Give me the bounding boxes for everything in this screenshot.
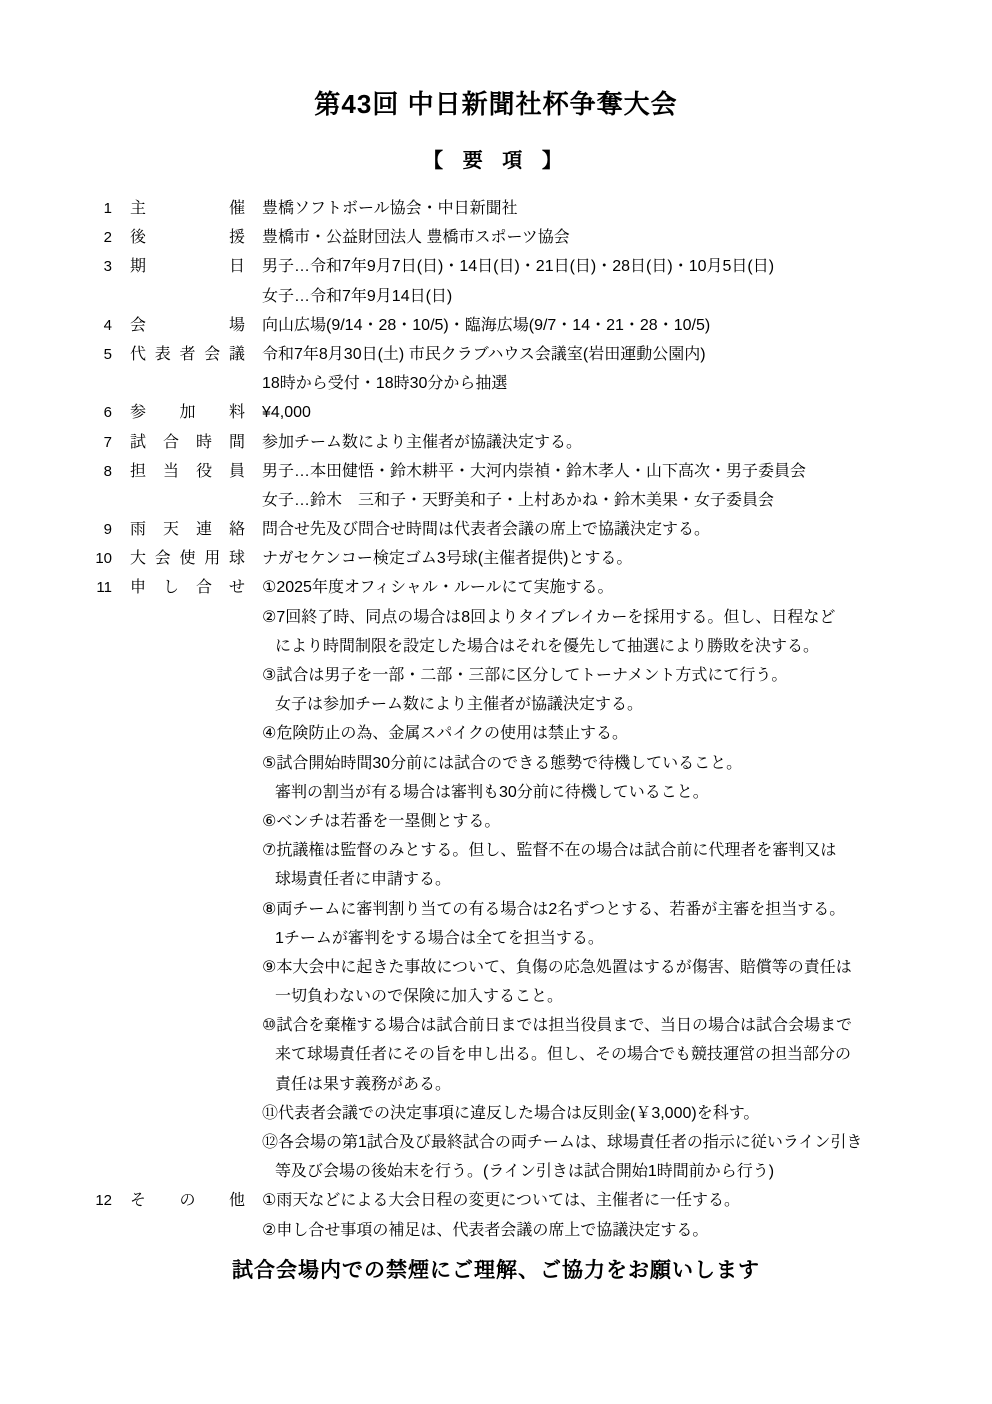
item-number: 8: [0, 457, 112, 486]
list-row: ④危険防止の為、金属スパイクの使用は禁止する。: [0, 719, 992, 748]
item-text: 男子…令和7年9月7日(日)・14日(日)・21日(日)・28日(日)・10月5…: [262, 252, 774, 281]
item-text: 向山広場(9/14・28・10/5)・臨海広場(9/7・14・21・28・10/…: [262, 311, 710, 340]
item-number: 7: [0, 428, 112, 457]
list-row: 球場責任者に申請する。: [0, 865, 992, 894]
item-label: 代表者会議: [130, 340, 245, 369]
list-row: 女子…鈴木 三和子・天野美和子・上村あかね・鈴木美果・女子委員会: [0, 486, 992, 515]
list-row: ⑩試合を棄権する場合は試合前日までは担当役員まで、当日の場合は試合会場まで: [0, 1011, 992, 1040]
list-row: ⑦抗議権は監督のみとする。但し、監督不在の場合は試合前に代理者を審判又は: [0, 836, 992, 865]
list-row: 女子は参加チーム数により主催者が協議決定する。: [0, 690, 992, 719]
footer-notice: 試合会場内での禁煙にご理解、ご協力をお願いします: [0, 1254, 992, 1284]
item-text: 令和7年8月30日(土) 市民クラブハウス会議室(岩田運動公園内): [262, 340, 706, 369]
item-text: 一切負わないので保険に加入すること。: [262, 982, 563, 1011]
list-row: ⑫各会場の第1試合及び最終試合の両チームは、球場責任者の指示に従いライン引き: [0, 1128, 992, 1157]
item-number: 12: [0, 1186, 112, 1215]
list-row: 一切負わないので保険に加入すること。: [0, 982, 992, 1011]
list-row: ⑨本大会中に起きた事故について、負傷の応急処置はするが傷害、賠償等の責任は: [0, 953, 992, 982]
item-number: 5: [0, 340, 112, 369]
item-text: ②7回終了時、同点の場合は8回よりタイブレイカーを採用する。但し、日程など: [262, 603, 835, 632]
list-row: ⑤試合開始時間30分前には試合のできる態勢で待機していること。: [0, 749, 992, 778]
list-row: 10大会使用球ナガセケンコー検定ゴム3号球(主催者提供)とする。: [0, 544, 992, 573]
item-label: 大会使用球: [130, 544, 245, 573]
item-text: 来て球場責任者にその旨を申し出る。但し、その場合でも競技運営の担当部分の: [262, 1040, 851, 1069]
item-number: 6: [0, 398, 112, 427]
item-text: 参加チーム数により主催者が協議決定する。: [262, 428, 582, 457]
item-label: 会場: [130, 311, 245, 340]
item-text: 女子…鈴木 三和子・天野美和子・上村あかね・鈴木美果・女子委員会: [262, 486, 774, 515]
item-text: ④危険防止の為、金属スパイクの使用は禁止する。: [262, 719, 628, 748]
item-label: 主催: [130, 194, 245, 223]
item-text: ③試合は男子を一部・二部・三部に区分してトーナメント方式にて行う。: [262, 661, 787, 690]
item-text: 1チームが審判をする場合は全てを担当する。: [262, 924, 604, 953]
list-row: 9雨天連絡問合せ先及び問合せ時間は代表者会議の席上で協議決定する。: [0, 515, 992, 544]
item-label: 参加料: [130, 398, 245, 427]
item-text: ⑧両チームに審判割り当ての有る場合は2名ずつとする、若番が主審を担当する。: [262, 895, 845, 924]
item-label: 担当役員: [130, 457, 245, 486]
list-row: 4会場向山広場(9/14・28・10/5)・臨海広場(9/7・14・21・28・…: [0, 311, 992, 340]
list-row: ③試合は男子を一部・二部・三部に区分してトーナメント方式にて行う。: [0, 661, 992, 690]
item-text: ¥4,000: [262, 398, 311, 427]
list-row: 11申し合せ①2025年度オフィシャル・ルールにて実施する。: [0, 573, 992, 602]
list-row: 12その他①雨天などによる大会日程の変更については、主催者に一任する。: [0, 1186, 992, 1215]
item-number: 11: [0, 573, 112, 602]
item-text: ⑫各会場の第1試合及び最終試合の両チームは、球場責任者の指示に従いライン引き: [262, 1128, 862, 1157]
item-text: 豊橋ソフトボール協会・中日新聞社: [262, 194, 518, 223]
item-text: ②申し合せ事項の補足は、代表者会議の席上で協議決定する。: [262, 1216, 708, 1245]
item-label: 申し合せ: [130, 573, 245, 602]
item-text: 球場責任者に申請する。: [262, 865, 451, 894]
page-subtitle: 【 要 項 】: [0, 144, 992, 173]
item-text: 女子…令和7年9月14日(日): [262, 282, 452, 311]
item-text: 問合せ先及び問合せ時間は代表者会議の席上で協議決定する。: [262, 515, 710, 544]
item-label: 試合時間: [130, 428, 245, 457]
list-row: 等及び会場の後始末を行う。(ライン引きは試合開始1時間前から行う): [0, 1157, 992, 1186]
item-text: 等及び会場の後始末を行う。(ライン引きは試合開始1時間前から行う): [262, 1157, 774, 1186]
list-row: 5代表者会議令和7年8月30日(土) 市民クラブハウス会議室(岩田運動公園内): [0, 340, 992, 369]
item-text: 豊橋市・公益財団法人 豊橋市スポーツ協会: [262, 223, 570, 252]
item-text: 審判の割当が有る場合は審判も30分前に待機していること。: [262, 778, 709, 807]
item-text: ⑤試合開始時間30分前には試合のできる態勢で待機していること。: [262, 749, 742, 778]
list-row: 7試合時間参加チーム数により主催者が協議決定する。: [0, 428, 992, 457]
item-text: ⑩試合を棄権する場合は試合前日までは担当役員まで、当日の場合は試合会場まで: [262, 1011, 852, 1040]
item-number: 10: [0, 544, 112, 573]
list-row: 審判の割当が有る場合は審判も30分前に待機していること。: [0, 778, 992, 807]
list-row: 18時から受付・18時30分から抽選: [0, 369, 992, 398]
item-text: 責任は果す義務がある。: [262, 1070, 451, 1099]
item-text: 男子…本田健悟・鈴木耕平・大河内崇禎・鈴木孝人・山下高次・男子委員会: [262, 457, 806, 486]
list-row: ⑧両チームに審判割り当ての有る場合は2名ずつとする、若番が主審を担当する。: [0, 895, 992, 924]
item-text: 女子は参加チーム数により主催者が協議決定する。: [262, 690, 643, 719]
item-label: 雨天連絡: [130, 515, 245, 544]
list-row: 8担当役員男子…本田健悟・鈴木耕平・大河内崇禎・鈴木孝人・山下高次・男子委員会: [0, 457, 992, 486]
item-text: ⑦抗議権は監督のみとする。但し、監督不在の場合は試合前に代理者を審判又は: [262, 836, 836, 865]
list-row: ⑥ベンチは若番を一塁側とする。: [0, 807, 992, 836]
list-row: 責任は果す義務がある。: [0, 1070, 992, 1099]
list-row: 1主催豊橋ソフトボール協会・中日新聞社: [0, 194, 992, 223]
list-row: により時間制限を設定した場合はそれを優先して抽選により勝敗を決する。: [0, 632, 992, 661]
list-row: ②申し合せ事項の補足は、代表者会議の席上で協議決定する。: [0, 1216, 992, 1245]
list-row: ②7回終了時、同点の場合は8回よりタイブレイカーを採用する。但し、日程など: [0, 603, 992, 632]
item-text: により時間制限を設定した場合はそれを優先して抽選により勝敗を決する。: [262, 632, 819, 661]
list-row: 3期日男子…令和7年9月7日(日)・14日(日)・21日(日)・28日(日)・1…: [0, 252, 992, 281]
list-row: 来て球場責任者にその旨を申し出る。但し、その場合でも競技運営の担当部分の: [0, 1040, 992, 1069]
item-text: ⑪代表者会議での決定事項に違反した場合は反則金(￥3,000)を科す。: [262, 1099, 759, 1128]
item-number: 4: [0, 311, 112, 340]
item-text: ⑥ベンチは若番を一塁側とする。: [262, 807, 500, 836]
page-title: 第43回 中日新聞社杯争奪大会: [0, 84, 992, 121]
list-row: ⑪代表者会議での決定事項に違反した場合は反則金(￥3,000)を科す。: [0, 1099, 992, 1128]
list-row: 6参加料¥4,000: [0, 398, 992, 427]
document-page: 第43回 中日新聞社杯争奪大会 【 要 項 】 1主催豊橋ソフトボール協会・中日…: [0, 0, 992, 1404]
item-text: ①2025年度オフィシャル・ルールにて実施する。: [262, 573, 614, 602]
item-label: 後援: [130, 223, 245, 252]
item-text: ⑨本大会中に起きた事故について、負傷の応急処置はするが傷害、賠償等の責任は: [262, 953, 852, 982]
item-number: 3: [0, 252, 112, 281]
item-number: 2: [0, 223, 112, 252]
item-text: ①雨天などによる大会日程の変更については、主催者に一任する。: [262, 1186, 740, 1215]
item-label: 期日: [130, 252, 245, 281]
list-row: 2後援豊橋市・公益財団法人 豊橋市スポーツ協会: [0, 223, 992, 252]
list-row: 1チームが審判をする場合は全てを担当する。: [0, 924, 992, 953]
list-row: 女子…令和7年9月14日(日): [0, 282, 992, 311]
item-number: 1: [0, 194, 112, 223]
item-text: 18時から受付・18時30分から抽選: [262, 369, 507, 398]
item-label: その他: [130, 1186, 245, 1215]
items-list: 1主催豊橋ソフトボール協会・中日新聞社2後援豊橋市・公益財団法人 豊橋市スポーツ…: [0, 194, 992, 1245]
item-number: 9: [0, 515, 112, 544]
item-text: ナガセケンコー検定ゴム3号球(主催者提供)とする。: [262, 544, 632, 573]
